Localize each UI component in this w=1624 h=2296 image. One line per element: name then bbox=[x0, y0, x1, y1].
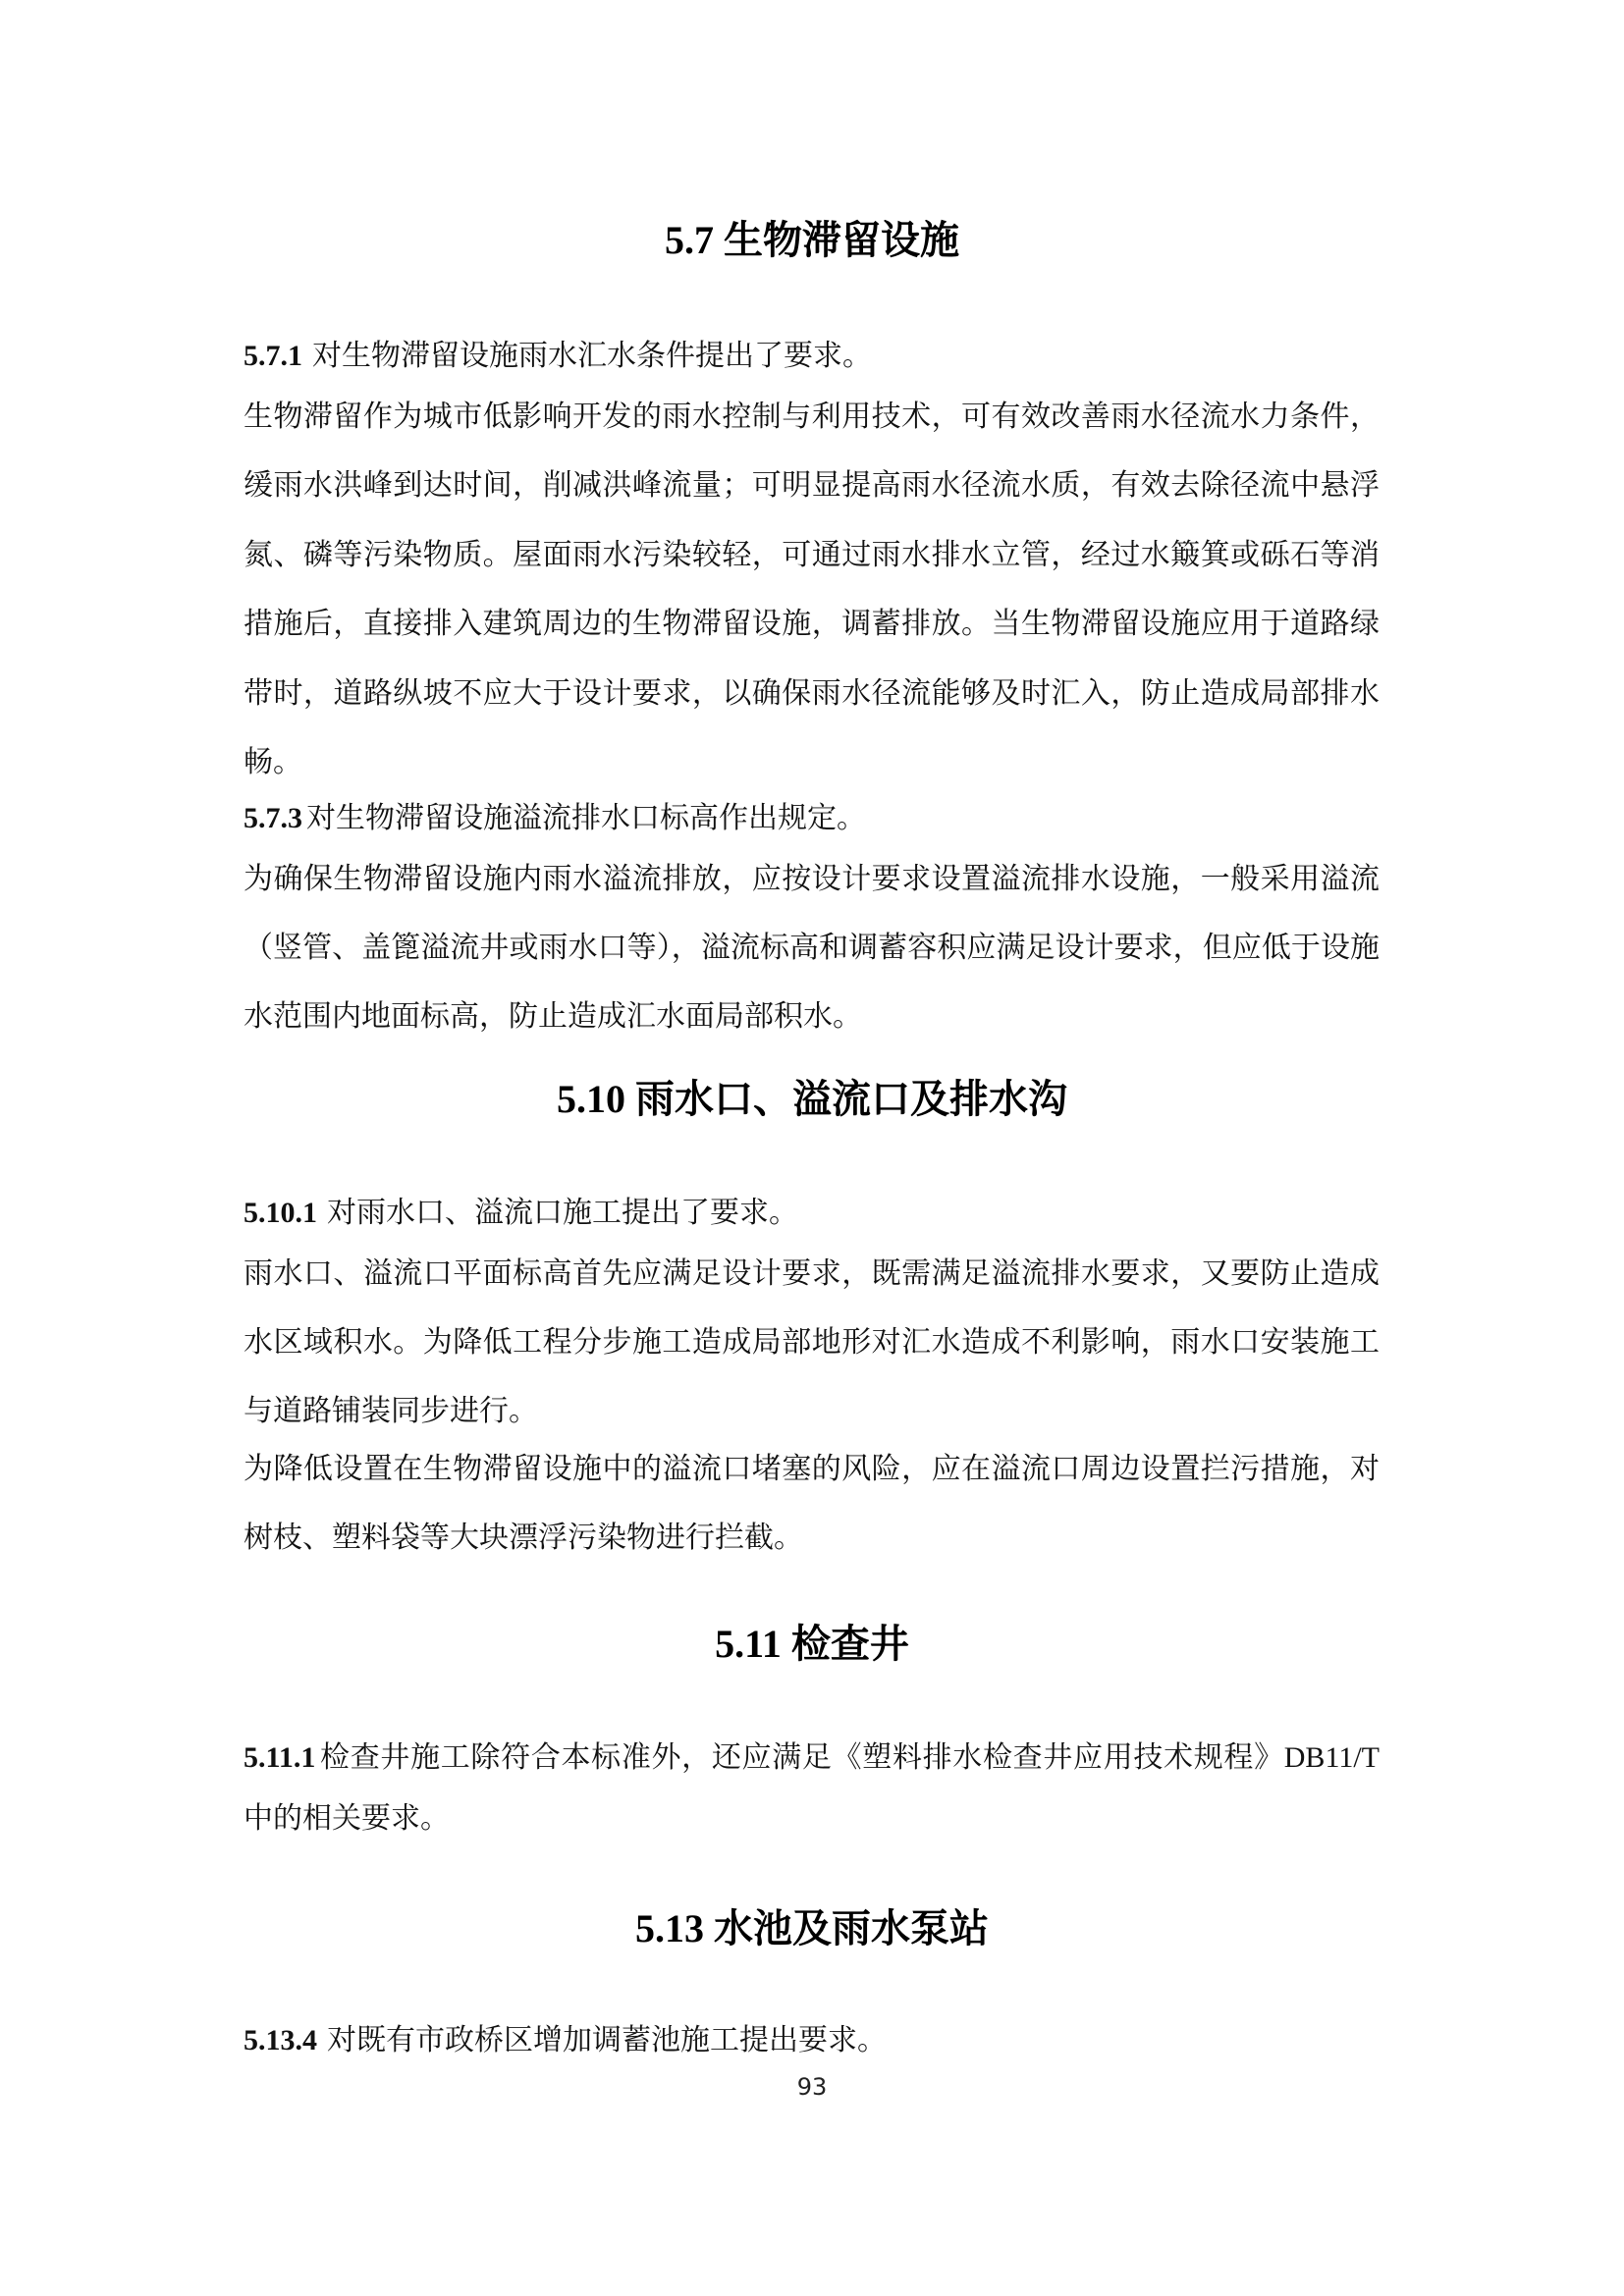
section-heading-5-10: 5.10 雨水口、溢流口及排水沟 bbox=[0, 1075, 1624, 1124]
clause-number: 5.7.3 bbox=[244, 802, 302, 834]
clause-title: 检查井施工除符合本标准外，还应满足《塑料排水检查井应用技术规程》DB11/T 9… bbox=[244, 1741, 1380, 1778]
body-line: 生物滞留作为城市低影响开发的雨水控制与利用技术，可有效改善雨水径流水力条件，延 bbox=[244, 398, 1380, 437]
body-line: 畅。 bbox=[244, 743, 1380, 782]
body-line: 缓雨水洪峰到达时间，削减洪峰流量；可明显提高雨水径流水质，有效去除径流中悬浮物、 bbox=[244, 466, 1380, 506]
body-line: 氮、磷等污染物质。屋面雨水污染较轻，可通过雨水排水立管，经过水簸箕或砾石等消能 bbox=[244, 536, 1380, 575]
document-page: 5.7 生物滞留设施 5.7.1对生物滞留设施雨水汇水条件提出了要求。 生物滞留… bbox=[0, 0, 1624, 2296]
clause-title: 对生物滞留设施溢流排水口标高作出规定。 bbox=[306, 802, 866, 834]
clause-number: 5.13.4 bbox=[244, 2024, 317, 2056]
clause-title: 对雨水口、溢流口施工提出了要求。 bbox=[327, 1197, 798, 1229]
body-line: 水区域积水。为降低工程分步施工造成局部地形对汇水造成不利影响，雨水口安装施工应 bbox=[244, 1323, 1380, 1362]
clause-5-11-1: 5.11.1检查井施工除符合本标准外，还应满足《塑料排水检查井应用技术规程》DB… bbox=[244, 1738, 1380, 1778]
body-line: 与道路铺装同步进行。 bbox=[244, 1392, 1380, 1431]
clause-5-7-3: 5.7.3对生物滞留设施溢流排水口标高作出规定。 bbox=[244, 799, 1380, 838]
clause-5-7-1: 5.7.1对生物滞留设施雨水汇水条件提出了要求。 bbox=[244, 337, 1380, 376]
clause-5-13-4: 5.13.4对既有市政桥区增加调蓄池施工提出要求。 bbox=[244, 2021, 1380, 2060]
body-line: 为降低设置在生物滞留设施中的溢流口堵塞的风险，应在溢流口周边设置拦污措施，对如 bbox=[244, 1450, 1380, 1489]
body-line: 雨水口、溢流口平面标高首先应满足设计要求，既需满足溢流排水要求，又要防止造成汇 bbox=[244, 1255, 1380, 1294]
clause-5-10-1: 5.10.1对雨水口、溢流口施工提出了要求。 bbox=[244, 1194, 1380, 1233]
body-line: （竖管、盖篦溢流井或雨水口等），溢流标高和调蓄容积应满足设计要求，但应低于设施汇 bbox=[244, 929, 1380, 968]
clause-title: 对既有市政桥区增加调蓄池施工提出要求。 bbox=[327, 2024, 887, 2056]
body-line: 中的相关要求。 bbox=[244, 1799, 1380, 1839]
body-line: 带时，道路纵坡不应大于设计要求，以确保雨水径流能够及时汇入，防止造成局部排水不 bbox=[244, 674, 1380, 714]
page-number: 93 bbox=[0, 2071, 1624, 2103]
section-heading-5-11: 5.11 检查井 bbox=[0, 1620, 1624, 1669]
body-line: 水范围内地面标高，防止造成汇水面局部积水。 bbox=[244, 997, 1380, 1037]
section-heading-5-7: 5.7 生物滞留设施 bbox=[0, 216, 1624, 265]
clause-title: 对生物滞留设施雨水汇水条件提出了要求。 bbox=[312, 340, 872, 372]
clause-number: 5.11.1 bbox=[244, 1741, 315, 1774]
clause-number: 5.10.1 bbox=[244, 1197, 317, 1229]
body-line: 树枝、塑料袋等大块漂浮污染物进行拦截。 bbox=[244, 1519, 1380, 1558]
body-line: 为确保生物滞留设施内雨水溢流排放，应按设计要求设置溢流排水设施，一般采用溢流口 bbox=[244, 860, 1380, 899]
clause-number: 5.7.1 bbox=[244, 340, 302, 372]
section-heading-5-13: 5.13 水池及雨水泵站 bbox=[0, 1904, 1624, 1953]
body-line: 措施后，直接排入建筑周边的生物滞留设施，调蓄排放。当生物滞留设施应用于道路绿化 bbox=[244, 605, 1380, 644]
